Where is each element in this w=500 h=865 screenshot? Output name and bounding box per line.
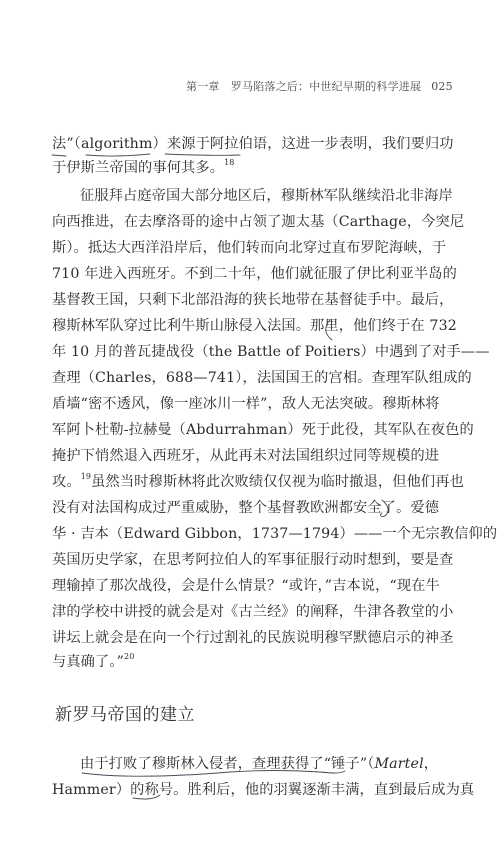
text-line: 英国历史学家，在思考阿拉伯人的军事征服行动时想到，要是查 xyxy=(52,550,417,570)
text-line: 华 · 吉本（Edward Gibbon，1737—1794）——一个无宗教信仰… xyxy=(52,524,417,544)
underline-mark xyxy=(165,154,240,155)
text-line: 没有对法国构成过严重威胁，整个基督教欧洲都安全了。爱德 xyxy=(52,498,417,518)
text-span-italic: Martel xyxy=(374,756,423,772)
running-header: 第一章 罗马陷落之后：中世纪早期的科学进展025 xyxy=(186,78,416,94)
text-line: 攻。19虽然当时穆斯林将此次败绩仅仅视为临时撤退，但他们再也 xyxy=(52,472,417,492)
text-line: 查理（Charles，688—741），法国国王的宫相。查理军队组成的 xyxy=(52,368,417,388)
text-line: 向西推进，在去摩洛哥的途中占领了迦太基（Carthage，今突尼 xyxy=(52,212,417,232)
text-span: 攻。 xyxy=(52,474,81,490)
text-line: 讲坛上就会是在向一个行过割礼的民族说明穆罕默德启示的神圣 xyxy=(52,628,417,648)
page-number: 025 xyxy=(431,80,453,93)
text-line: 理输掉了那次战役，会是什么情景？“或许，”吉本说，“现在牛 xyxy=(52,576,417,596)
footnote-ref: 19 xyxy=(81,472,91,481)
section-heading: 新罗马帝国的建立 xyxy=(55,700,195,725)
text-span: ， xyxy=(424,756,438,772)
text-line: 年 10 月的普瓦捷战役（the Battle of Poitiers）中遇到了… xyxy=(52,342,417,362)
footnote-ref: 18 xyxy=(224,158,234,167)
text-line: 710 年进入西班牙。不到二十年，他们就征服了伊比利亚半岛的 xyxy=(52,264,417,284)
text-span: 虽然当时穆斯林将此次败绩仅仅视为临时撤退，但他们再也 xyxy=(91,474,464,490)
underline-mark xyxy=(86,154,150,156)
text-line: 掩护下悄然退入西班牙，从此再未对法国组织过同等规模的进 xyxy=(52,446,417,466)
text-line: 斯）。抵达大西洋沿岸后，他们转而向北穿过直布罗陀海峡，于 xyxy=(52,238,417,258)
text-line: 法”（algorithm）来源于阿拉伯语，这进一步表明，我们要归功 xyxy=(52,134,417,154)
text-span: 由于打败了穆斯林入侵者，查理获得了“锤子”（ xyxy=(80,756,374,772)
text-span: 于伊斯兰帝国的事何其多。 xyxy=(52,160,224,176)
footnote-ref: 20 xyxy=(124,652,134,661)
text-line: 于伊斯兰帝国的事何其多。18 xyxy=(52,158,417,178)
text-line: 穆斯林军队穿过比利牛斯山脉侵入法国。那里，他们终于在 732 xyxy=(52,316,417,336)
text-span: 与真确了。” xyxy=(52,654,124,670)
text-line: 征服拜占庭帝国大部分地区后，穆斯林军队继续沿北非海岸 xyxy=(80,186,417,206)
text-line: 基督教王国，只剩下北部沿海的狭长地带在基督徒手中。最后， xyxy=(52,290,417,310)
text-line: 军阿卜杜勒-拉赫曼（Abdurrahman）死于此役，其军队在夜色的 xyxy=(52,420,417,440)
text-line: 盾墙“密不透风，像一座冰川一样”，敌人无法突破。穆斯林将 xyxy=(52,394,417,414)
text-line: 津的学校中讲授的就会是对《古兰经》的阐释，牛津各教堂的小 xyxy=(52,602,417,622)
text-line: Hammer）的称号。胜利后，他的羽翼逐渐丰满，直到最后成为真 xyxy=(52,780,417,800)
text-line: 由于打败了穆斯林入侵者，查理获得了“锤子”（Martel， xyxy=(80,754,417,774)
underline-mark xyxy=(52,155,66,156)
chapter-title: 第一章 罗马陷落之后：中世纪早期的科学进展 xyxy=(186,80,421,93)
text-line: 与真确了。”20 xyxy=(52,652,417,672)
